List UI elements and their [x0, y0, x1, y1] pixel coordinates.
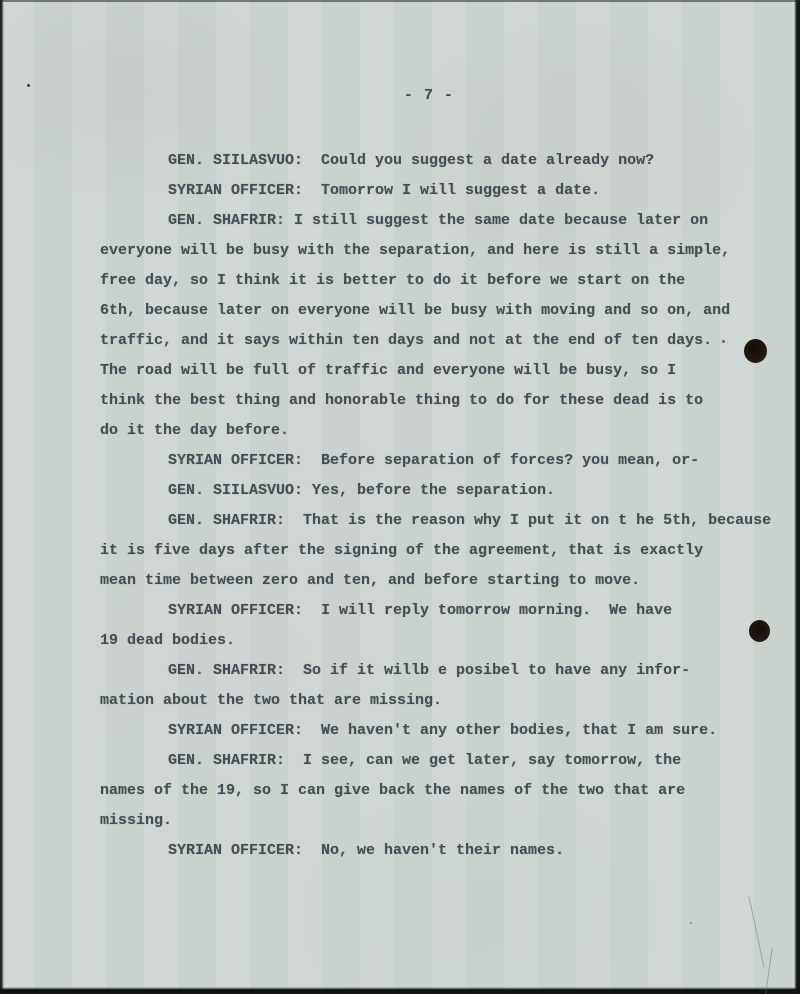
scan-edge-top: [0, 0, 800, 2]
text-line: SYRIAN OFFICER: Before separation of for…: [100, 446, 790, 476]
text-line: GEN. SIILASVUO: Yes, before the separati…: [100, 476, 790, 506]
scan-edge-bottom: [0, 987, 800, 994]
text-line: SYRIAN OFFICER: I will reply tomorrow mo…: [100, 596, 790, 626]
crease-line: [749, 897, 765, 968]
document-lines: GEN. SIILASVUO: Could you suggest a date…: [100, 146, 790, 866]
scanned-document-page: - 7 - GEN. SIILASVUO: Could you suggest …: [0, 0, 800, 994]
text-line: SYRIAN OFFICER: We haven't any other bod…: [100, 716, 790, 746]
text-line: GEN. SIILASVUO: Could you suggest a date…: [100, 146, 790, 176]
hole-punch-mark: [749, 620, 770, 642]
text-line: GEN. SHAFRIR: That is the reason why I p…: [100, 506, 790, 536]
text-line: SYRIAN OFFICER: Tomorrow I will suggest …: [100, 176, 790, 206]
text-line: everyone will be busy with the separatio…: [100, 236, 790, 266]
text-line: The road will be full of traffic and eve…: [100, 356, 790, 386]
text-line: mation about the two that are missing.: [100, 686, 790, 716]
scan-edge-right: [794, 0, 800, 994]
hole-punch-mark: [744, 339, 767, 363]
text-line: missing.: [100, 806, 790, 836]
ink-speck: [722, 340, 725, 343]
text-line: traffic, and it says within ten days and…: [100, 326, 790, 356]
text-line: think the best thing and honorable thing…: [100, 386, 790, 416]
page-number: - 7 -: [404, 87, 454, 104]
text-line: GEN. SHAFRIR: I still suggest the same d…: [100, 206, 790, 236]
text-line: free day, so I think it is better to do …: [100, 266, 790, 296]
text-line: it is five days after the signing of the…: [100, 536, 790, 566]
text-line: names of the 19, so I can give back the …: [100, 776, 790, 806]
ink-speck: [690, 922, 692, 924]
text-line: GEN. SHAFRIR: So if it willb e posibel t…: [100, 656, 790, 686]
text-line: mean time between zero and ten, and befo…: [100, 566, 790, 596]
text-line: 19 dead bodies.: [100, 626, 790, 656]
text-line: SYRIAN OFFICER: No, we haven't their nam…: [100, 836, 790, 866]
crease-line: [764, 948, 772, 994]
text-line: GEN. SHAFRIR: I see, can we get later, s…: [100, 746, 790, 776]
text-line: 6th, because later on everyone will be b…: [100, 296, 790, 326]
text-line: do it the day before.: [100, 416, 790, 446]
ink-speck: [27, 84, 30, 87]
scan-edge-left: [0, 0, 4, 994]
